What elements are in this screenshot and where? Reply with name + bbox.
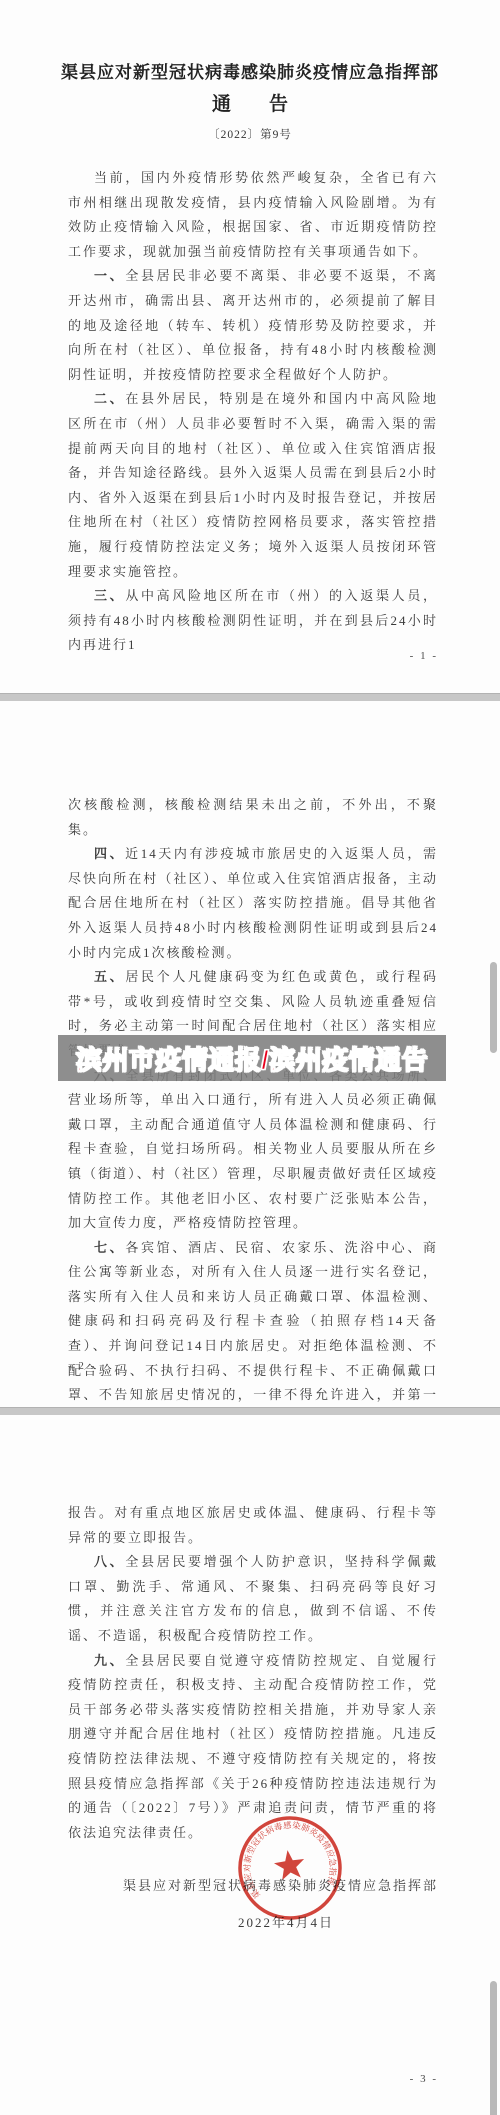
paragraph-text: 全县所有封闭式小区、单位、各类公共场所、营业场所等，单出入口通行，所有进入人员必… [68, 1068, 438, 1231]
long-screenshot-document: { "watermark": { "text": "滨州市疫情通报/滨州疫情通告… [0, 0, 500, 2115]
watermark-overlay: 滨州市疫情通报/滨州疫情通告 [58, 1035, 446, 1081]
document-page-3: 报告。对有重点地区旅居史或体温、健康码、行程卡等异常的要立即报告。 八、全县居民… [0, 1415, 500, 2115]
scrollbar-thumb[interactable] [490, 1981, 497, 2115]
paragraph-text: 各宾馆、酒店、民宿、农家乐、洗浴中心、商住公寓等新业态，对所有入住人员逐一进行实… [68, 1240, 438, 1427]
section-number: 九、 [94, 1653, 125, 1668]
official-seal: 渠县应对新型冠状病毒感染肺炎疫情应急指挥部 [228, 1806, 352, 1930]
paragraph-text: 当前，国内外疫情形势依然严峻复杂，全省已有六市州相继出现散发疫情，县内疫情输入风… [68, 170, 438, 259]
page-separator [0, 693, 500, 701]
document-page-1: 渠县应对新型冠状病毒感染肺炎疫情应急指挥部 通 告 〔2022〕第9号 当前，国… [0, 0, 500, 693]
section-number: 二、 [94, 391, 125, 406]
section-number: 四、 [94, 846, 125, 861]
paragraph-continuation: 报告。对有重点地区旅居史或体温、健康码、行程卡等异常的要立即报告。 [68, 1501, 438, 1550]
section-number: 三、 [94, 588, 125, 603]
document-title: 渠县应对新型冠状病毒感染肺炎疫情应急指挥部 [30, 58, 470, 83]
paragraph-text: 全县居民非必要不离渠、非必要不返渠，不离开达州市，确需出县、离开达州市的，必须提… [68, 268, 438, 381]
paragraph-section-2: 二、在县外居民，特别是在境外和国内中高风险地区所在市（州）人员非必要暂时不入渠，… [68, 387, 438, 584]
paragraph-text: 报告。对有重点地区旅居史或体温、健康码、行程卡等异常的要立即报告。 [68, 1505, 438, 1545]
paragraph-text: 全县居民要自觉遵守疫情防控规定、自觉履行疫情防控责任，积极支持、主动配合疫情防控… [68, 1653, 438, 1840]
page-1-body: 当前，国内外疫情形势依然严峻复杂，全省已有六市州相继出现散发疫情，县内疫情输入风… [68, 166, 438, 658]
paragraph-section-6: 六、全县所有封闭式小区、单位、各类公共场所、营业场所等，单出入口通行，所有进入人… [68, 1064, 438, 1236]
paragraph-section-3: 三、从中高风险地区所在市（州）的入返渠人员，须持有48小时内核酸检测阴性证明，并… [68, 584, 438, 658]
section-number: 一、 [94, 268, 125, 283]
document-subtitle: 通 告 [0, 89, 500, 116]
page-number-3: - 3 - [410, 2073, 438, 2085]
paragraph-section-4: 四、近14天内有涉疫城市旅居史的入返渠人员，需尽快向所在村（社区）、单位或入住宾… [68, 842, 438, 965]
paragraph-text: 次核酸检测，核酸检测结果未出之前，不外出，不聚集。 [68, 797, 438, 837]
paragraph-section-7: 七、各宾馆、酒店、民宿、农家乐、洗浴中心、商住公寓等新业态，对所有入住人员逐一进… [68, 1236, 438, 1433]
paragraph-continuation: 次核酸检测，核酸检测结果未出之前，不外出，不聚集。 [68, 793, 438, 842]
paragraph-text: 近14天内有涉疫城市旅居史的入返渠人员，需尽快向所在村（社区）、单位或入住宾馆酒… [68, 846, 438, 959]
paragraph-section-1: 一、全县居民非必要不离渠、非必要不返渠，不离开达州市，确需出县、离开达州市的，必… [68, 264, 438, 387]
paragraph-section-9: 九、全县居民要自觉遵守疫情防控规定、自觉履行疫情防控责任，积极支持、主动配合疫情… [68, 1649, 438, 1846]
document-number: 〔2022〕第9号 [0, 126, 500, 142]
page-number-1: - 1 - [410, 650, 438, 662]
paragraph-section-8: 八、全县居民要增强个人防护意识，坚持科学佩戴口罩、勤洗手、常通风、不聚集、扫码亮… [68, 1550, 438, 1648]
paragraph-intro: 当前，国内外疫情形势依然严峻复杂，全省已有六市州相继出现散发疫情，县内疫情输入风… [68, 166, 438, 264]
seal-star-icon [272, 1848, 306, 1881]
page-separator [0, 1407, 500, 1415]
page-number-2: - 2 - [68, 1360, 96, 1372]
paragraph-text: 在县外居民，特别是在境外和国内中高风险地区所在市（州）人员非必要暂时不入渠，确需… [68, 391, 438, 578]
scrollbar-thumb[interactable] [490, 962, 497, 1053]
section-number: 七、 [94, 1240, 125, 1255]
section-number: 五、 [94, 969, 125, 984]
section-number: 八、 [94, 1554, 125, 1569]
